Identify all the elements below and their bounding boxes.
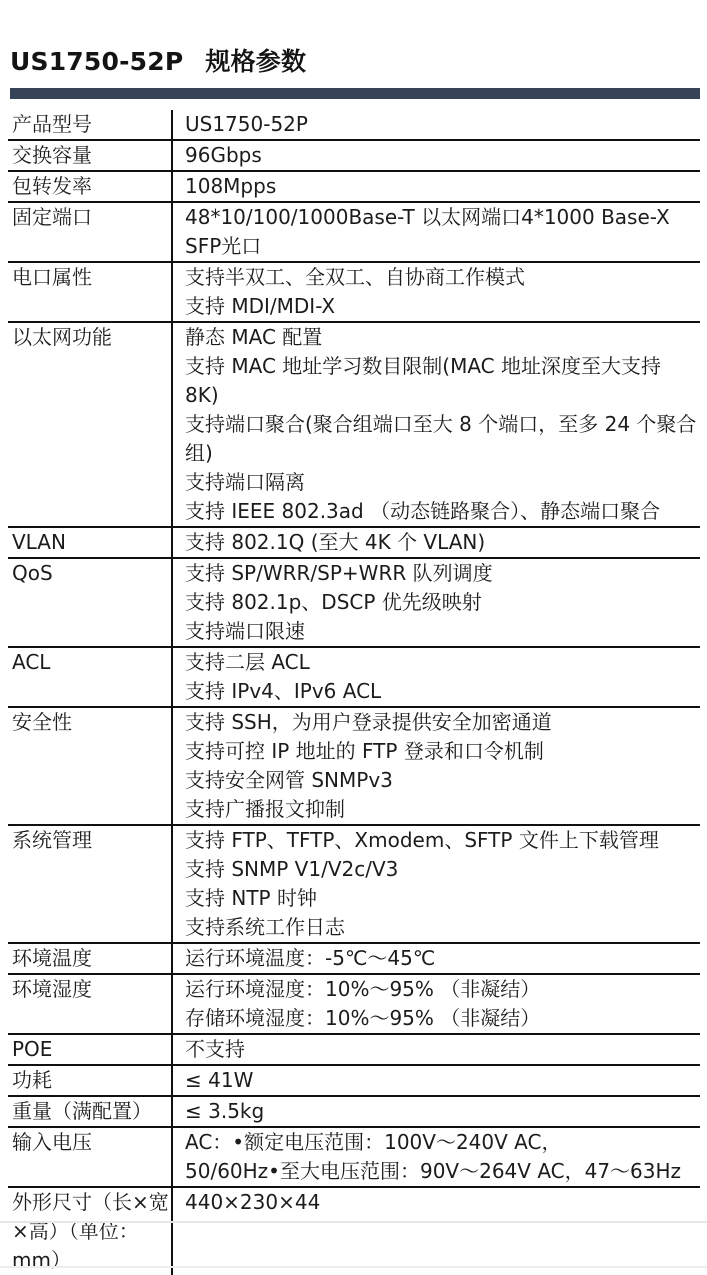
spec-row: 环境湿度运行环境湿度：10%～95% （非凝结）存储环境湿度：10%～95% （… xyxy=(8,974,700,1034)
page-title: US1750-52P规格参数 xyxy=(10,42,306,78)
spec-row: 安全性支持 SSH，为用户登录提供安全加密通道支持可控 IP 地址的 FTP 登… xyxy=(8,707,700,825)
spec-label: 以太网功能 xyxy=(8,322,172,527)
spec-row: 功耗≤ 41W xyxy=(8,1065,700,1096)
spec-row: 输入电压AC：•额定电压范围：100V～240V AC，50/60Hz•至大电压… xyxy=(8,1127,700,1187)
spec-label: 功耗 xyxy=(8,1065,172,1096)
spec-value-line: 支持二层 ACL xyxy=(185,648,698,677)
spec-value-line: 支持 SP/WRR/SP+WRR 队列调度 xyxy=(185,559,698,588)
spec-label: 环境温度 xyxy=(8,943,172,974)
spec-value: 不支持 xyxy=(172,1034,700,1065)
spec-value: 440×230×44 xyxy=(172,1187,700,1275)
spec-value-line: 不支持 xyxy=(185,1035,698,1064)
spec-value-line: 支持端口限速 xyxy=(185,617,698,646)
spec-value-line: 支持 MAC 地址学习数目限制(MAC 地址深度至大支持 8K) xyxy=(185,352,698,410)
spec-label: 重量（满配置） xyxy=(8,1096,172,1127)
spec-row: 固定端口48*10/100/1000Base-T 以太网端口4*1000 Bas… xyxy=(8,202,700,262)
spec-value: ≤ 3.5kg xyxy=(172,1096,700,1127)
accent-bar xyxy=(10,88,700,99)
footer-divider-top xyxy=(0,1221,707,1223)
spec-value: 支持 FTP、TFTP、Xmodem、SFTP 文件上下载管理支持 SNMP V… xyxy=(172,825,700,943)
spec-row: 包转发率108Mpps xyxy=(8,171,700,202)
spec-row: 交换容量96Gbps xyxy=(8,140,700,171)
spec-label: VLAN xyxy=(8,527,172,558)
spec-value-line: ≤ 41W xyxy=(185,1066,698,1095)
spec-value-line: 48*10/100/1000Base-T 以太网端口4*1000 Base-X … xyxy=(185,203,698,261)
page-title-text: 规格参数 xyxy=(205,47,306,76)
spec-value-line: 支持 SSH，为用户登录提供安全加密通道 xyxy=(185,708,698,737)
spec-value: 48*10/100/1000Base-T 以太网端口4*1000 Base-X … xyxy=(172,202,700,262)
spec-value: ≤ 41W xyxy=(172,1065,700,1096)
footer-divider-bottom xyxy=(0,1266,707,1268)
spec-value-line: 支持 IEEE 802.3ad （动态链路聚合）、静态端口聚合 xyxy=(185,497,698,526)
spec-value-line: 50/60Hz•至大电压范围：90V～264V AC，47～63Hz xyxy=(185,1157,698,1186)
spec-label: 安全性 xyxy=(8,707,172,825)
spec-label: 固定端口 xyxy=(8,202,172,262)
spec-label: 产品型号 xyxy=(8,110,172,140)
spec-label: 系统管理 xyxy=(8,825,172,943)
spec-row: 环境温度运行环境温度：-5℃～45℃ xyxy=(8,943,700,974)
spec-value-line: 支持端口聚合(聚合组端口至大 8 个端口，至多 24 个聚合组) xyxy=(185,410,698,468)
spec-label: 外形尺寸（长×宽×高）（单位：mm） xyxy=(8,1187,172,1275)
spec-value-line: 支持广播报文抑制 xyxy=(185,795,698,824)
spec-row: ACL支持二层 ACL支持 IPv4、IPv6 ACL xyxy=(8,647,700,707)
spec-label: POE xyxy=(8,1034,172,1065)
spec-row: 系统管理支持 FTP、TFTP、Xmodem、SFTP 文件上下载管理支持 SN… xyxy=(8,825,700,943)
spec-value-line: 支持半双工、全双工、自协商工作模式 xyxy=(185,263,698,292)
spec-row: 以太网功能静态 MAC 配置支持 MAC 地址学习数目限制(MAC 地址深度至大… xyxy=(8,322,700,527)
spec-value-line: 支持 FTP、TFTP、Xmodem、SFTP 文件上下载管理 xyxy=(185,826,698,855)
spec-value: AC：•额定电压范围：100V～240V AC，50/60Hz•至大电压范围：9… xyxy=(172,1127,700,1187)
spec-value: US1750-52P xyxy=(172,110,700,140)
spec-value-line: AC：•额定电压范围：100V～240V AC， xyxy=(185,1128,698,1157)
spec-label: ACL xyxy=(8,647,172,707)
spec-value: 静态 MAC 配置支持 MAC 地址学习数目限制(MAC 地址深度至大支持 8K… xyxy=(172,322,700,527)
spec-row: VLAN支持 802.1Q (至大 4K 个 VLAN) xyxy=(8,527,700,558)
spec-value-line: 96Gbps xyxy=(185,141,698,170)
spec-label: 输入电压 xyxy=(8,1127,172,1187)
spec-label: 环境湿度 xyxy=(8,974,172,1034)
spec-value-line: 支持端口隔离 xyxy=(185,468,698,497)
spec-value-line: 支持系统工作日志 xyxy=(185,913,698,942)
spec-row: POE不支持 xyxy=(8,1034,700,1065)
spec-value-line: 支持 MDI/MDI-X xyxy=(185,292,698,321)
spec-table: 产品型号US1750-52P交换容量96Gbps包转发率108Mpps固定端口4… xyxy=(8,110,700,1275)
spec-value: 支持 802.1Q (至大 4K 个 VLAN) xyxy=(172,527,700,558)
spec-value-line: 运行环境温度：-5℃～45℃ xyxy=(185,944,698,973)
spec-value: 运行环境湿度：10%～95% （非凝结）存储环境湿度：10%～95% （非凝结） xyxy=(172,974,700,1034)
spec-value-line: 支持 802.1p、DSCP 优先级映射 xyxy=(185,588,698,617)
spec-value-line: 支持 IPv4、IPv6 ACL xyxy=(185,677,698,706)
spec-value-line: 支持 SNMP V1/V2c/V3 xyxy=(185,855,698,884)
spec-label: 包转发率 xyxy=(8,171,172,202)
model-name: US1750-52P xyxy=(10,47,183,76)
spec-row: 外形尺寸（长×宽×高）（单位：mm）440×230×44 xyxy=(8,1187,700,1275)
spec-label: QoS xyxy=(8,558,172,647)
spec-value: 支持 SSH，为用户登录提供安全加密通道支持可控 IP 地址的 FTP 登录和口… xyxy=(172,707,700,825)
spec-value-line: 静态 MAC 配置 xyxy=(185,323,698,352)
spec-value-line: 支持 802.1Q (至大 4K 个 VLAN) xyxy=(185,528,698,557)
spec-value: 支持半双工、全双工、自协商工作模式支持 MDI/MDI-X xyxy=(172,262,700,322)
spec-value-line: 108Mpps xyxy=(185,172,698,201)
spec-row: 产品型号US1750-52P xyxy=(8,110,700,140)
spec-row: 重量（满配置）≤ 3.5kg xyxy=(8,1096,700,1127)
spec-value: 支持二层 ACL支持 IPv4、IPv6 ACL xyxy=(172,647,700,707)
spec-value-line: 运行环境湿度：10%～95% （非凝结） xyxy=(185,975,698,1004)
spec-row: 电口属性支持半双工、全双工、自协商工作模式支持 MDI/MDI-X xyxy=(8,262,700,322)
spec-value: 支持 SP/WRR/SP+WRR 队列调度支持 802.1p、DSCP 优先级映… xyxy=(172,558,700,647)
spec-value: 运行环境温度：-5℃～45℃ xyxy=(172,943,700,974)
spec-value-line: 440×230×44 xyxy=(185,1188,698,1217)
spec-row: QoS支持 SP/WRR/SP+WRR 队列调度支持 802.1p、DSCP 优… xyxy=(8,558,700,647)
spec-value-line: 支持 NTP 时钟 xyxy=(185,884,698,913)
spec-value: 96Gbps xyxy=(172,140,700,171)
spec-value-line: 存储环境湿度：10%～95% （非凝结） xyxy=(185,1004,698,1033)
spec-label: 交换容量 xyxy=(8,140,172,171)
spec-value: 108Mpps xyxy=(172,171,700,202)
spec-value-line: 支持安全网管 SNMPv3 xyxy=(185,766,698,795)
spec-value-line: ≤ 3.5kg xyxy=(185,1097,698,1126)
spec-page: US1750-52P规格参数 产品型号US1750-52P交换容量96Gbps包… xyxy=(0,0,707,1275)
spec-value-line: US1750-52P xyxy=(185,110,698,139)
spec-label: 电口属性 xyxy=(8,262,172,322)
spec-value-line: 支持可控 IP 地址的 FTP 登录和口令机制 xyxy=(185,737,698,766)
